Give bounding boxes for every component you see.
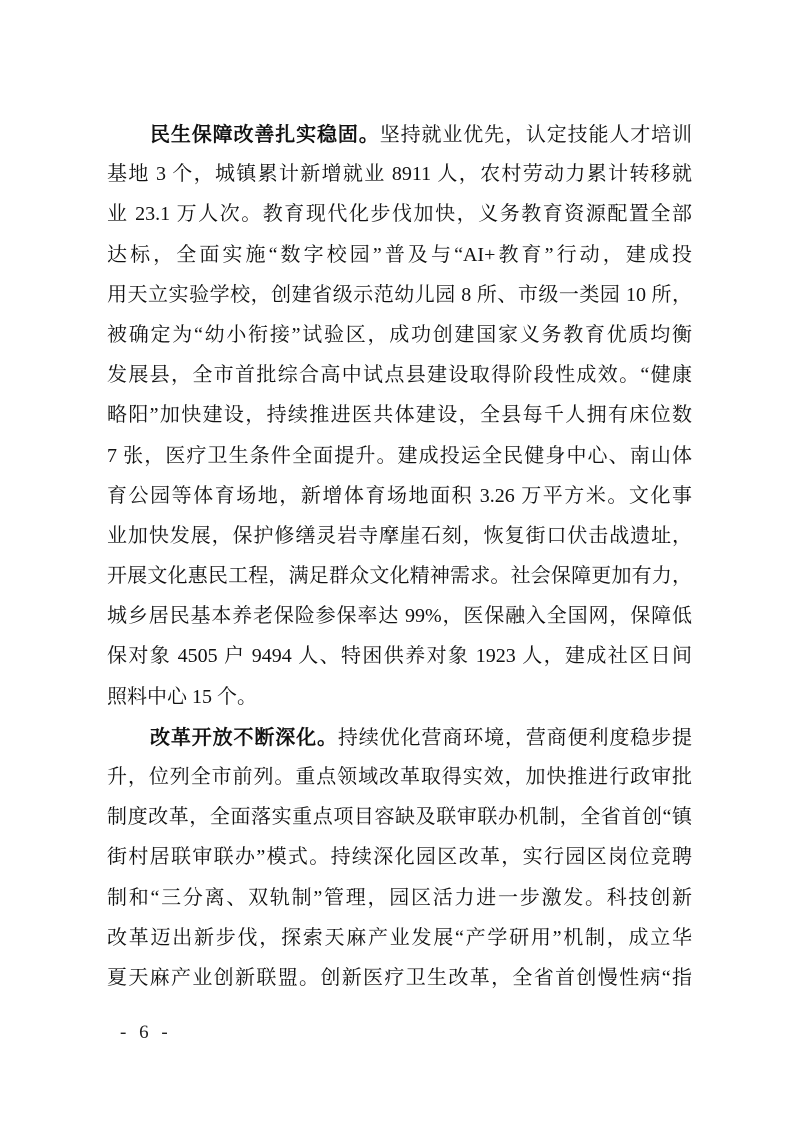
page-number: - 6 - [120, 1021, 172, 1045]
paragraph-line: 被确定为“幼小衔接”试验区，成功创建国家义务教育优质均衡 [107, 315, 692, 355]
paragraph-line: 开展文化惠民工程，满足群众文化精神需求。社会保障更加有力， [107, 556, 692, 596]
paragraph-line: 夏天麻产业创新联盟。创新医疗卫生改革，全省首创慢性病“指 [107, 958, 692, 998]
paragraph-line: 育公园等体育场地，新增体育场地面积 3.26 万平方米。文化事 [107, 476, 692, 516]
paragraph-line: 基地 3 个，城镇累计新增就业 8911 人，农村劳动力累计转移就 [107, 154, 692, 194]
paragraph-line: 达标，全面实施“数字校园”普及与“AI+教育”行动，建成投 [107, 235, 692, 275]
paragraph-line: 改革迈出新步伐，探索天麻产业发展“产学研用”机制，成立华 [107, 918, 692, 958]
paragraph-line: 保对象 4505 户 9494 人、特困供养对象 1923 人，建成社区日间 [107, 636, 692, 676]
body-text: 民生保障改善扎实稳固。坚持就业优先，认定技能人才培训 基地 3 个，城镇累计新增… [107, 114, 692, 998]
paragraph-line: 7 张，医疗卫生条件全面提升。建成投运全民健身中心、南山体 [107, 436, 692, 476]
paragraph-1-heading: 民生保障改善扎实稳固。 [150, 122, 380, 146]
paragraph-2-text: 持续优化营商环境，营商便利度稳步提 [338, 727, 692, 749]
paragraph-line: 业加快发展，保护修缮灵岩寺摩崖石刻，恢复街口伏击战遗址， [107, 516, 692, 556]
paragraph-2-heading: 改革开放不断深化。 [150, 725, 338, 749]
paragraph-1-line-1: 民生保障改善扎实稳固。坚持就业优先，认定技能人才培训 [107, 114, 692, 154]
paragraph-line: 照料中心 15 个。 [107, 677, 692, 717]
paragraph-line: 略阳”加快建设，持续推进医共体建设，全县每千人拥有床位数 [107, 395, 692, 435]
paragraph-2-line-1: 改革开放不断深化。持续优化营商环境，营商便利度稳步提 [107, 717, 692, 757]
paragraph-1-text: 坚持就业优先，认定技能人才培训 [380, 124, 692, 146]
document-page: 民生保障改善扎实稳固。坚持就业优先，认定技能人才培训 基地 3 个，城镇累计新增… [0, 0, 793, 1122]
paragraph-line: 发展县，全市首批综合高中试点县建设取得阶段性成效。“健康 [107, 355, 692, 395]
paragraph-line: 街村居联审联办”模式。持续深化园区改革，实行园区岗位竞聘 [107, 837, 692, 877]
paragraph-line: 制度改革，全面落实重点项目容缺及联审联办机制，全省首创“镇 [107, 797, 692, 837]
paragraph-line: 制和“三分离、双轨制”管理，园区活力进一步激发。科技创新 [107, 878, 692, 918]
paragraph-line: 业 23.1 万人次。教育现代化步伐加快，义务教育资源配置全部 [107, 194, 692, 234]
paragraph-line: 城乡居民基本养老保险参保率达 99%，医保融入全国网，保障低 [107, 596, 692, 636]
paragraph-line: 用天立实验学校，创建省级示范幼儿园 8 所、市级一类园 10 所， [107, 275, 692, 315]
paragraph-line: 升，位列全市前列。重点领域改革取得实效，加快推进行政审批 [107, 757, 692, 797]
